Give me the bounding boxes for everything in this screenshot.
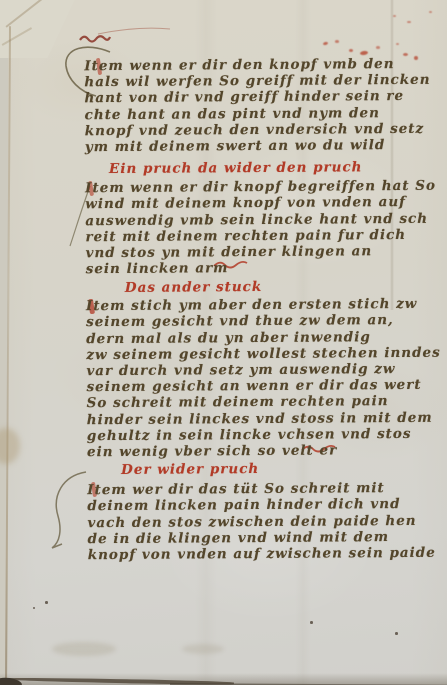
manuscript-paragraph: Item stich ym aber den ersten stich zw s… — [86, 296, 427, 460]
text-line: hinder sein linckes vnd stoss in mit dem — [87, 409, 427, 428]
red-pigment-stain — [429, 11, 432, 13]
red-pigment-stain — [349, 49, 353, 52]
text-line: vach den stos zwischen dein paide hen — [87, 512, 427, 531]
text-line: seinem gesicht vnd thue zw dem an, — [86, 312, 426, 331]
text-line: deinem lincken pain hinder dich vnd — [87, 496, 427, 515]
rubric-heading: Der wider pruch — [87, 460, 427, 479]
ink-speck — [33, 607, 35, 609]
red-pigment-stain — [396, 43, 399, 45]
text-line: So schreit mit deinem rechten pain — [87, 393, 427, 412]
red-pigment-stain — [360, 50, 368, 55]
red-pigment-stain — [407, 21, 411, 23]
ink-speck — [310, 621, 313, 624]
smudge-stain — [52, 642, 116, 656]
rubric-heading: Das ander stuck — [86, 278, 426, 297]
text-line: wind mit deinem knopf von vnden auf — [85, 194, 425, 213]
red-hairline — [96, 24, 172, 36]
text-line: sein lincken arm — [86, 259, 426, 278]
text-line: ein wenig vber sich so velt er — [87, 442, 427, 461]
text-line: hant von dir vnd greiff hinder sein re — [84, 88, 424, 107]
text-line: ym mit deinem swert an wo du wild — [85, 137, 425, 156]
red-pigment-stain — [376, 46, 380, 49]
manuscript-paragraph: Item wenn er dir den knopf vmb den hals … — [84, 56, 425, 155]
ink-speck — [45, 601, 48, 604]
red-pigment-stain — [335, 40, 339, 43]
manuscript-paragraph: Item wenn er dir knopf begreiffen hat So… — [85, 178, 426, 277]
rubric-heading: Ein pruch da wider den pruch — [85, 159, 425, 178]
manuscript-photo: Item wenn er dir den knopf vmb den hals … — [0, 0, 447, 685]
text-block: Item wenn er dir den knopf vmb den hals … — [84, 56, 428, 563]
red-pigment-stain — [323, 41, 329, 45]
smudge-stain — [182, 644, 224, 654]
text-line: reit mit deinem rechten pain fur dich — [85, 227, 425, 246]
text-line: auswendig vmb sein lincke hant vnd sch — [85, 210, 425, 229]
text-line: gehultz in sein lincke vchsen vnd stos — [87, 426, 427, 445]
red-pigment-stain — [393, 15, 396, 17]
manuscript-paragraph: Item wer dir das tüt So schreit mit dein… — [87, 480, 428, 563]
ink-speck — [395, 632, 398, 635]
text-line: knopf von vnden auf zwischen sein paide — [88, 545, 428, 564]
